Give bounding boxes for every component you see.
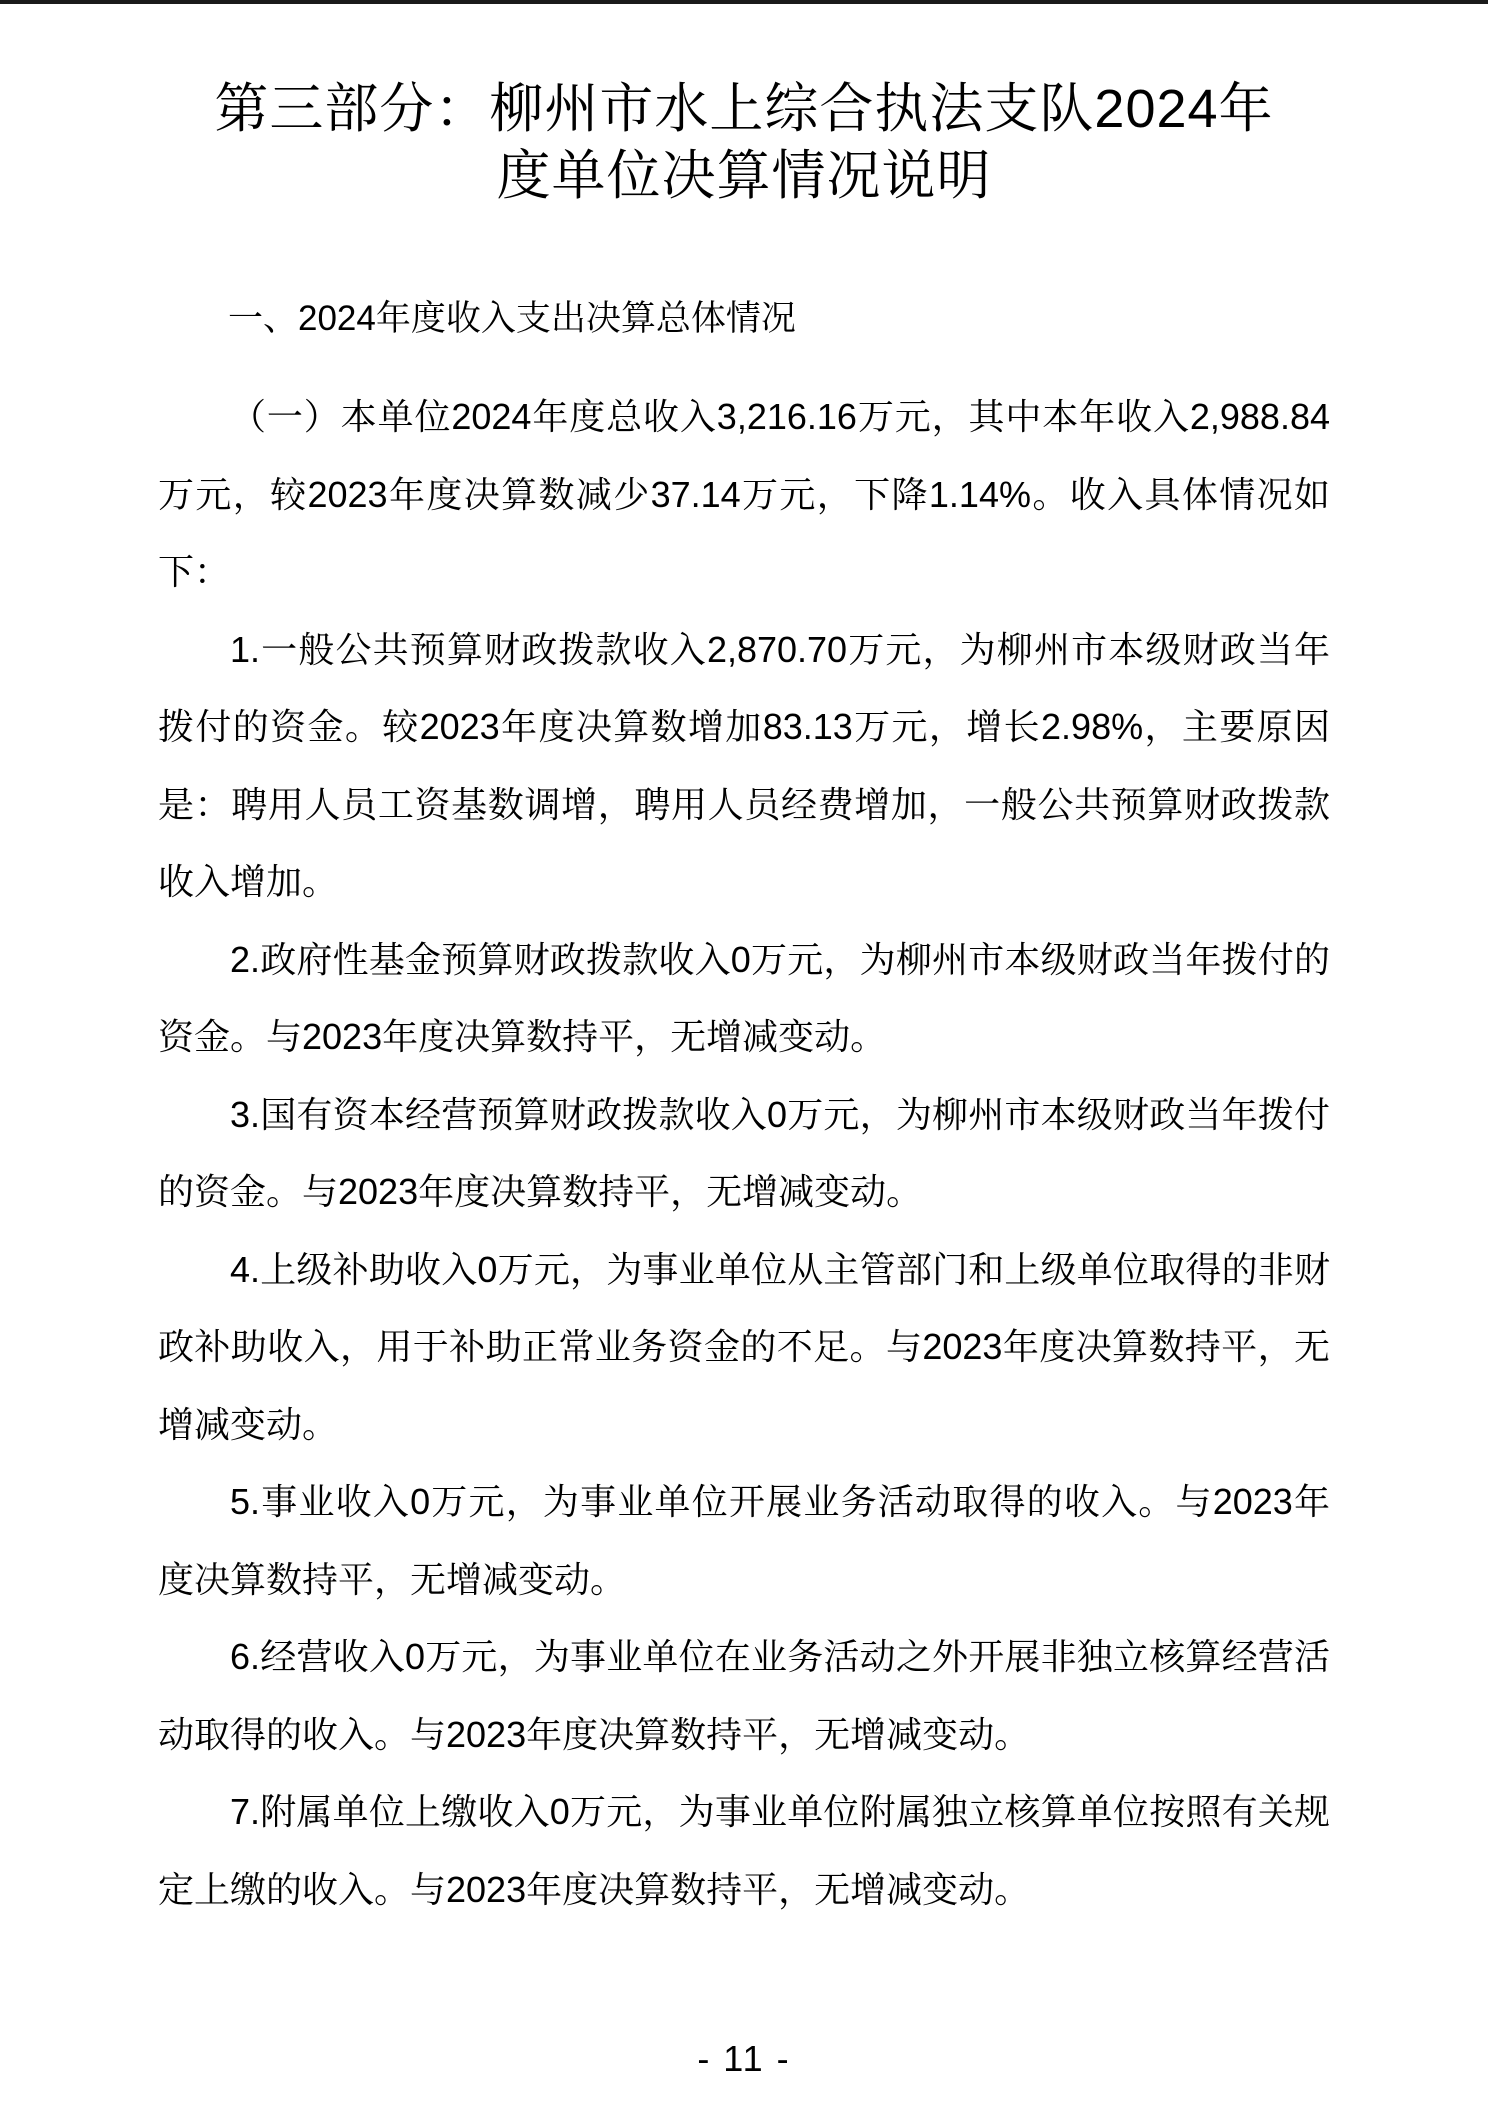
document-title: 第三部分：柳州市水上综合执法支队2024年度单位决算情况说明: [209, 76, 1279, 210]
document-page: 第三部分：柳州市水上综合执法支队2024年度单位决算情况说明 一、2024年度收…: [0, 0, 1488, 2104]
paragraph-item-3-state-capital-budget: 3.国有资本经营预算财政拨款收入0万元，为柳州市本级财政当年拨付的资金。与202…: [158, 1076, 1330, 1231]
scan-edge-artifact: [0, 0, 1488, 4]
section-heading: 一、2024年度收入支出决算总体情况: [158, 296, 1330, 342]
paragraph-item-4-superior-subsidy-income: 4.上级补助收入0万元，为事业单位从主管部门和上级单位取得的非财政补助收入，用于…: [158, 1231, 1330, 1464]
paragraph-item-6-operating-income: 6.经营收入0万元，为事业单位在业务活动之外开展非独立核算经营活动取得的收入。与…: [158, 1618, 1330, 1773]
paragraph-item-1-general-public-budget: 1.一般公共预算财政拨款收入2,870.70万元，为柳州市本级财政当年拨付的资金…: [158, 611, 1330, 921]
paragraph-item-5-institutional-income: 5.事业收入0万元，为事业单位开展业务活动取得的收入。与2023年度决算数持平，…: [158, 1463, 1330, 1618]
paragraph-total-income-overview: （一）本单位2024年度总收入3,216.16万元，其中本年收入2,988.84…: [158, 378, 1330, 611]
page-number: - 11 -: [0, 2038, 1488, 2080]
paragraph-item-2-government-fund-budget: 2.政府性基金预算财政拨款收入0万元，为柳州市本级财政当年拨付的资金。与2023…: [158, 921, 1330, 1076]
paragraph-item-7-affiliated-unit-income: 7.附属单位上缴收入0万元，为事业单位附属独立核算单位按照有关规定上缴的收入。与…: [158, 1773, 1330, 1928]
document-body: （一）本单位2024年度总收入3,216.16万元，其中本年收入2,988.84…: [158, 378, 1330, 1928]
